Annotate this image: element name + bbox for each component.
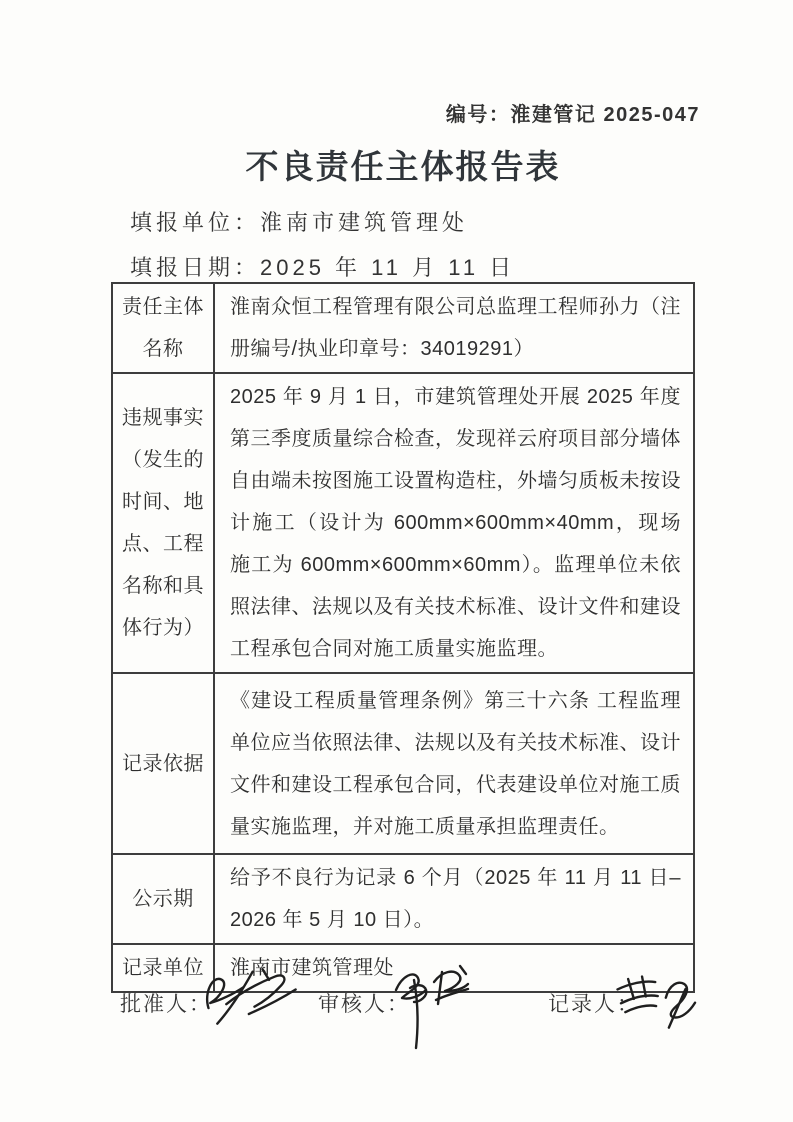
row-label-publicity-period: 公示期: [112, 854, 214, 944]
row-value-violation-facts: 2025 年 9 月 1 日，市建筑管理处开展 2025 年度第三季度质量综合检…: [214, 373, 694, 673]
filing-date-line: 填报日期：2025 年 11 月 11 日: [130, 251, 515, 282]
table-row-responsible-entity: 责任主体名称 淮南众恒工程管理有限公司总监理工程师孙力（注册编号/执业印章号：3…: [112, 283, 694, 373]
table-row-violation-facts: 违规事实（发生的时间、地点、工程名称和具体行为） 2025 年 9 月 1 日，…: [112, 373, 694, 673]
approver-handwritten-signature-icon: [190, 959, 306, 1037]
report-table: 责任主体名称 淮南众恒工程管理有限公司总监理工程师孙力（注册编号/执业印章号：3…: [111, 282, 695, 993]
table-row-record-basis: 记录依据 《建设工程质量管理条例》第三十六条 工程监理单位应当依照法律、法规以及…: [112, 673, 694, 854]
document-number: 编号：淮建管记 2025-047: [446, 98, 700, 127]
row-label-violation-facts: 违规事实（发生的时间、地点、工程名称和具体行为）: [112, 373, 214, 673]
row-value-record-basis: 《建设工程质量管理条例》第三十六条 工程监理单位应当依照法律、法规以及有关技术标…: [214, 673, 694, 854]
row-label-record-basis: 记录依据: [112, 673, 214, 854]
page-title: 不良责任主体报告表: [111, 141, 695, 188]
reviewer-handwritten-signature-icon: [386, 958, 474, 1054]
row-label-responsible-entity: 责任主体名称: [112, 283, 214, 373]
filing-unit-line: 填报单位：淮南市建筑管理处: [130, 206, 468, 237]
row-value-responsible-entity: 淮南众恒工程管理有限公司总监理工程师孙力（注册编号/执业印章号：34019291…: [214, 283, 694, 373]
table-row-publicity-period: 公示期 给予不良行为记录 6 个月（2025 年 11 月 11 日–2026 …: [112, 854, 694, 944]
scanned-report-page: 编号：淮建管记 2025-047 不良责任主体报告表 填报单位：淮南市建筑管理处…: [0, 0, 793, 1122]
row-value-publicity-period: 给予不良行为记录 6 个月（2025 年 11 月 11 日–2026 年 5 …: [214, 854, 694, 944]
recorder-handwritten-signature-icon: [611, 970, 705, 1035]
